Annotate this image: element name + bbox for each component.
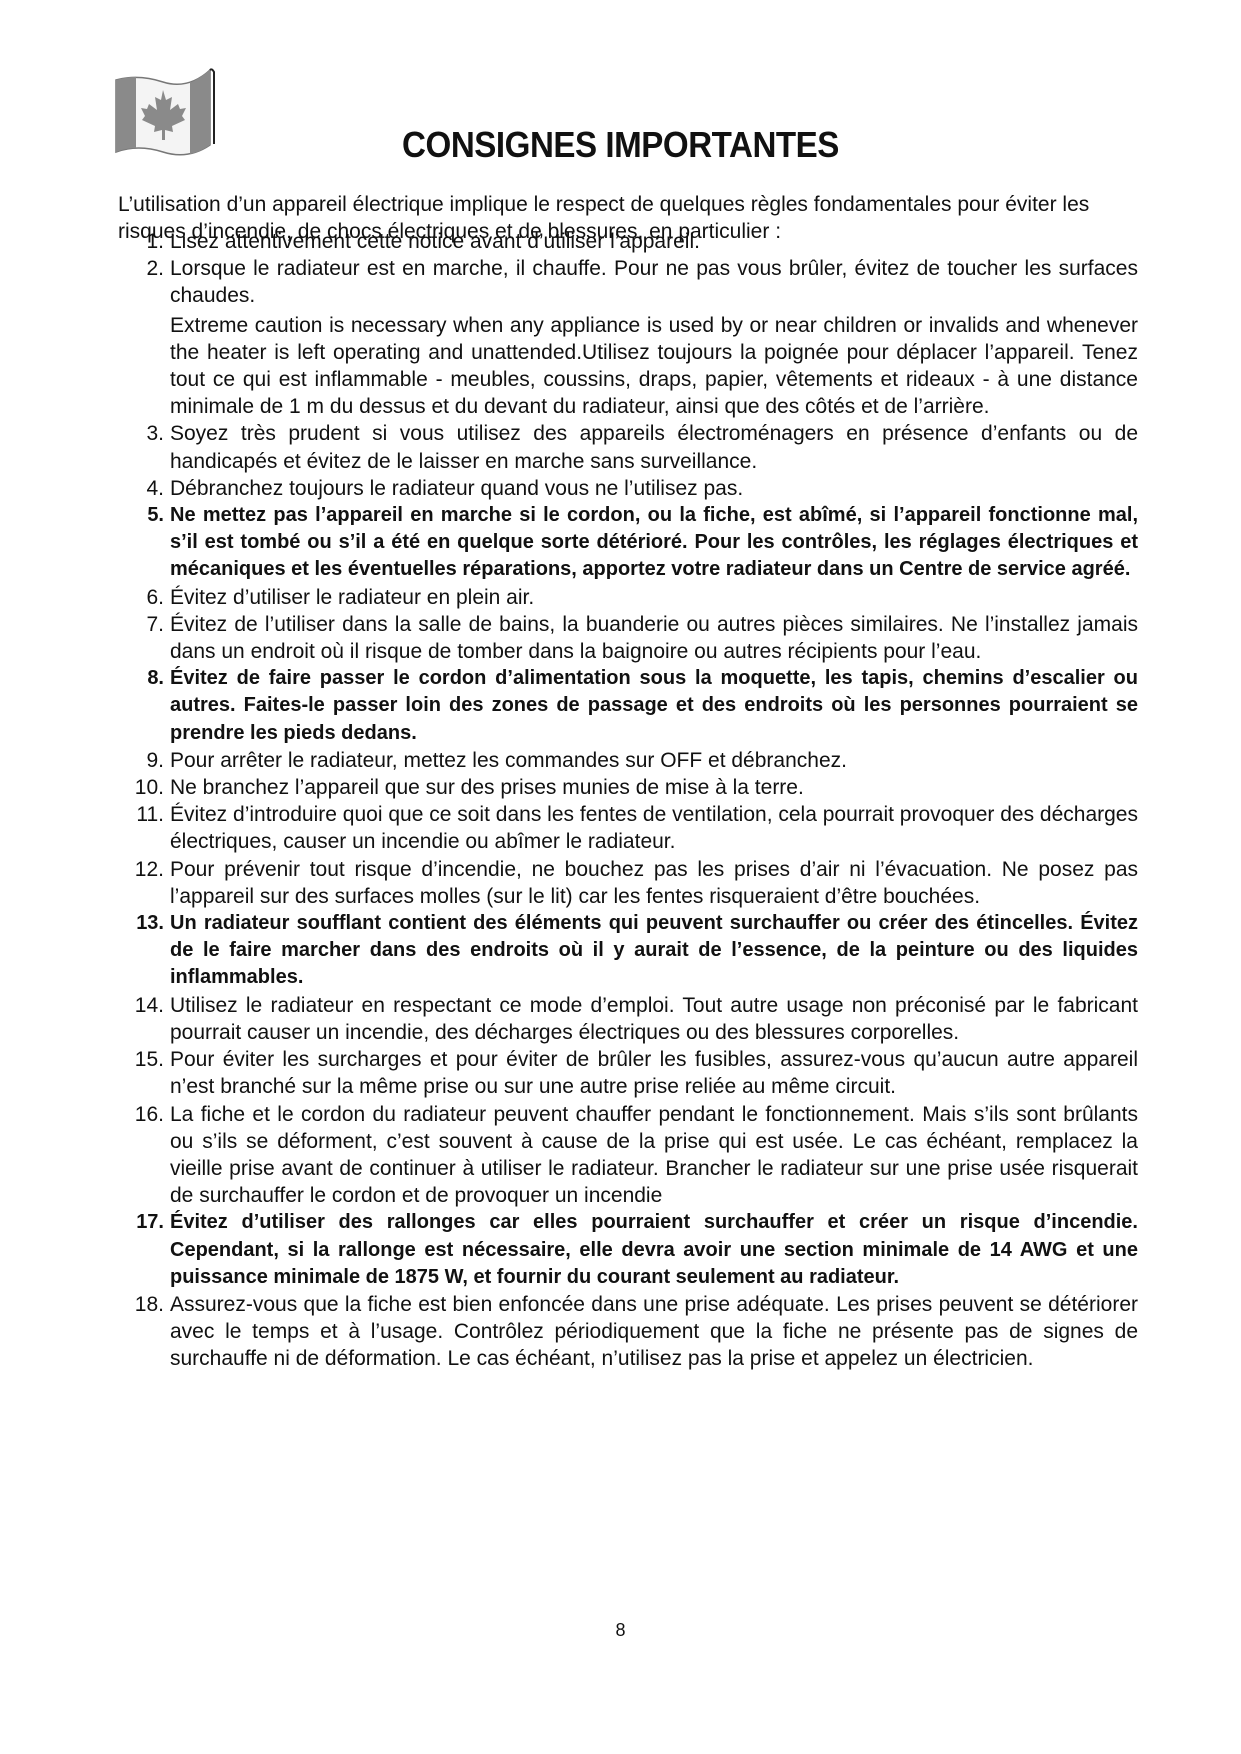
list-item: 9.Pour arrêter le radiateur, mettez les … [118,747,1138,774]
list-item: 18.Assurez-vous que la fiche est bien en… [118,1291,1138,1373]
instructions-list: 1.Lisez attentivement cette notice avant… [118,228,1138,1373]
item-number: 17. [118,1209,164,1236]
item-number: 6. [118,584,164,611]
item-text: Pour éviter les surcharges et pour évite… [170,1048,1138,1098]
item-text: Évitez d’utiliser des rallonges car elle… [170,1211,1138,1287]
list-item: 1.Lisez attentivement cette notice avant… [118,228,1138,255]
item-text: Pour prévenir tout risque d’incendie, ne… [170,858,1138,908]
item-text: Pour arrêter le radiateur, mettez les co… [170,749,847,772]
list-item: 10.Ne branchez l’appareil que sur des pr… [118,774,1138,801]
list-item: 3.Soyez très prudent si vous utilisez de… [118,420,1138,474]
item-number: 5. [118,502,164,529]
item-text: Lisez attentivement cette notice avant d… [170,230,700,253]
item-text: Évitez d’utiliser le radiateur en plein … [170,586,534,609]
item-number: 11. [118,801,164,828]
list-item: 7.Évitez de l’utiliser dans la salle de … [118,611,1138,665]
item-number: 12. [118,856,164,883]
item-text: Utilisez le radiateur en respectant ce m… [170,994,1138,1044]
item-number: 8. [118,665,164,692]
list-item: 12.Pour prévenir tout risque d’incendie,… [118,856,1138,910]
list-item: 2.Lorsque le radiateur est en marche, il… [118,255,1138,420]
page-title: CONSIGNES IMPORTANTES [50,124,1192,166]
list-item: 8.Évitez de faire passer le cordon d’ali… [118,665,1138,747]
page-number: 8 [0,1620,1241,1641]
list-item: 16.La fiche et le cordon du radiateur pe… [118,1101,1138,1210]
item-extra-text: Extreme caution is necessary when any ap… [170,312,1138,421]
item-number: 2. [118,255,164,282]
item-number: 7. [118,611,164,638]
list-item: 17.Évitez d’utiliser des rallonges car e… [118,1209,1138,1291]
item-text: Ne branchez l’appareil que sur des prise… [170,776,804,799]
item-text: Ne mettez pas l’appareil en marche si le… [170,504,1138,580]
item-number: 14. [118,992,164,1019]
list-item: 4.Débranchez toujours le radiateur quand… [118,475,1138,502]
item-number: 16. [118,1101,164,1128]
item-number: 15. [118,1046,164,1073]
item-text: Un radiateur soufflant contient des élém… [170,912,1138,988]
item-number: 10. [118,774,164,801]
item-number: 3. [118,420,164,447]
item-number: 1. [118,228,164,255]
item-number: 4. [118,475,164,502]
list-item: 14.Utilisez le radiateur en respectant c… [118,992,1138,1046]
list-item: 5.Ne mettez pas l’appareil en marche si … [118,502,1138,584]
list-item: 15.Pour éviter les surcharges et pour év… [118,1046,1138,1100]
item-text: Évitez de faire passer le cordon d’alime… [170,667,1138,743]
item-text: Évitez de l’utiliser dans la salle de ba… [170,613,1138,663]
item-number: 9. [118,747,164,774]
item-text: Débranchez toujours le radiateur quand v… [170,477,743,500]
item-text: Évitez d’introduire quoi que ce soit dan… [170,803,1138,853]
list-item: 6.Évitez d’utiliser le radiateur en plei… [118,584,1138,611]
item-text: Lorsque le radiateur est en marche, il c… [170,257,1138,307]
list-item: 11.Évitez d’introduire quoi que ce soit … [118,801,1138,855]
list-item: 13.Un radiateur soufflant contient des é… [118,910,1138,992]
item-text: Assurez-vous que la fiche est bien enfon… [170,1293,1138,1370]
item-text: La fiche et le cordon du radiateur peuve… [170,1103,1138,1208]
item-number: 18. [118,1291,164,1318]
item-text: Soyez très prudent si vous utilisez des … [170,422,1138,472]
item-number: 13. [118,910,164,937]
